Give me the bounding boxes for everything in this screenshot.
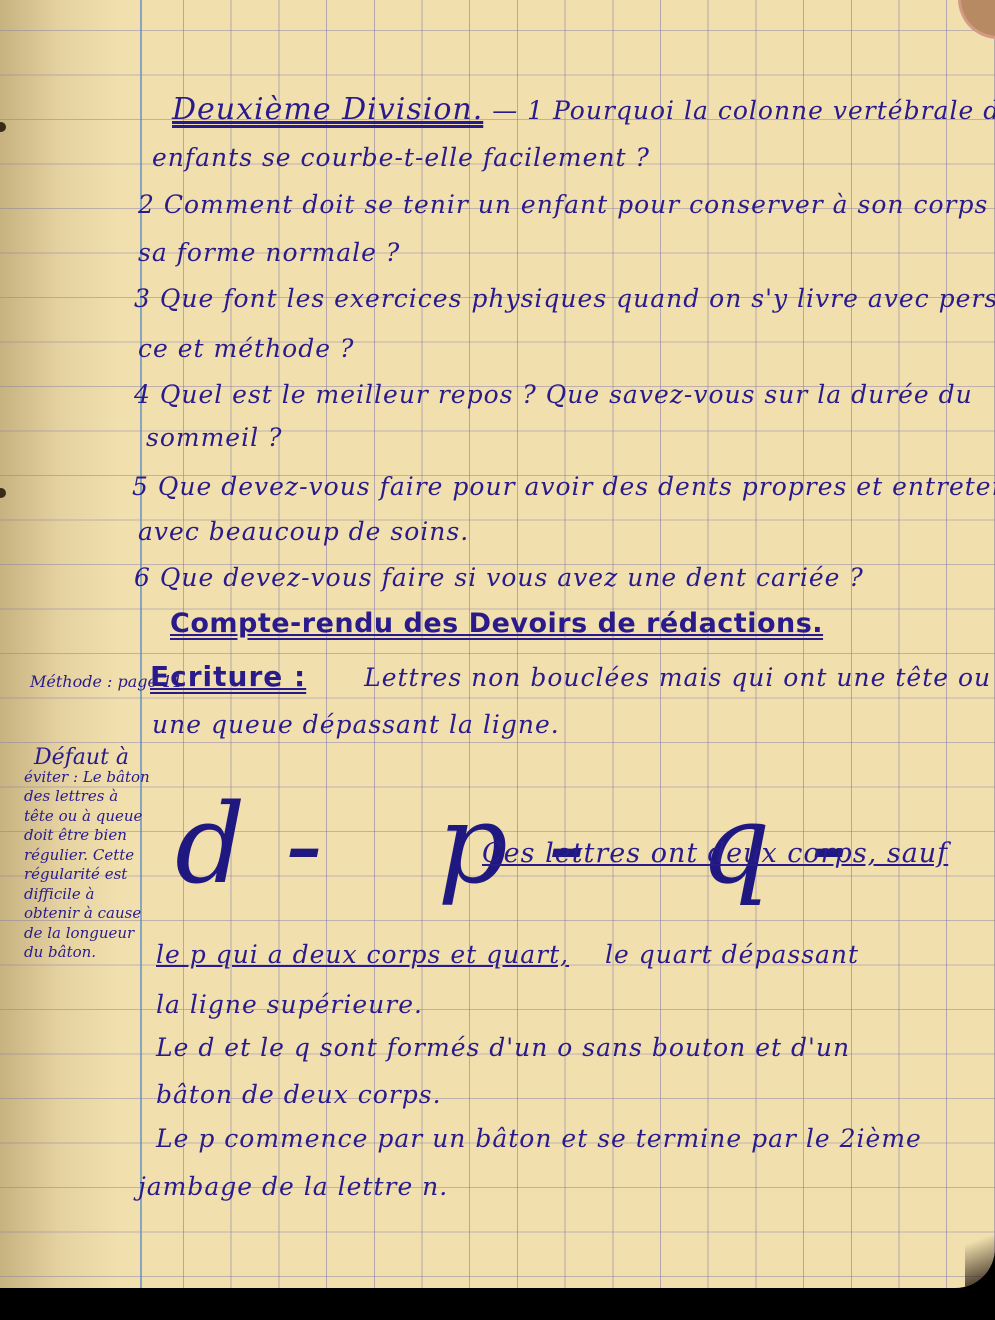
question-4-line-2: sommeil ? — [146, 423, 282, 452]
question-3-line-2: ce et méthode ? — [138, 334, 354, 363]
question-2-line-2: sa forme normale ? — [138, 238, 400, 267]
question-5-line-1: 5 Que devez-vous faire pour avoir des de… — [132, 472, 995, 501]
page-title: Deuxième Division. — [172, 92, 483, 127]
question-6-line-1: 6 Que devez-vous faire si vous avez une … — [134, 563, 864, 592]
body-line-7: jambage de la lettre n. — [138, 1172, 448, 1201]
body-line-3: la ligne supérieure. — [156, 990, 423, 1019]
ecriture-text-line-1: Lettres non bouclées mais qui ont une tê… — [364, 663, 991, 692]
body-line-1: Ces lettres ont deux corps, sauf — [482, 838, 948, 869]
margin-note-body: éviter : Le bâton des lettres à tête ou … — [24, 768, 150, 962]
ecriture-line: Ecriture : Lettres non bouclées mais qui… — [150, 660, 991, 693]
ecriture-text-line-2: une queue dépassant la ligne. — [152, 710, 560, 739]
body-line-2a: le p qui a deux corps et quart, — [156, 940, 569, 969]
question-2-line-1: 2 Comment doit se tenir un enfant pour c… — [138, 190, 988, 219]
margin-note: Défaut à éviter : Le bâton des lettres à… — [24, 748, 152, 963]
question-3-line-1: 3 Que font les exercices physiques quand… — [134, 284, 995, 313]
body-line-2b: le quart dépassant — [605, 940, 859, 969]
ecriture-label: Ecriture : — [150, 660, 306, 693]
body-line-4: Le d et le q sont formés d'un o sans bou… — [156, 1033, 850, 1062]
title-line: Deuxième Division. — 1 Pourquoi la colon… — [172, 92, 995, 127]
body-line-6: Le p commence par un bâton et se termine… — [156, 1124, 922, 1153]
question-1-line-2: enfants se courbe-t-elle facilement ? — [152, 143, 650, 172]
body-line-5: bâton de deux corps. — [156, 1080, 442, 1109]
margin-note-title: Défaut à — [24, 748, 152, 768]
question-4-line-1: 4 Quel est le meilleur repos ? Que savez… — [134, 380, 973, 409]
section-heading: Compte-rendu des Devoirs de rédactions. — [170, 608, 823, 639]
page-corner-shadow — [965, 1208, 995, 1288]
notebook-page: Deuxième Division. — 1 Pourquoi la colon… — [0, 0, 995, 1288]
bottom-black-band — [0, 1288, 995, 1320]
question-1-line-1: 1 Pourquoi la colonne vertébrale des — [527, 96, 995, 125]
question-5-line-2: avec beaucoup de soins. — [138, 517, 469, 546]
body-line-2: le p qui a deux corps et quart, le quart… — [156, 940, 859, 969]
